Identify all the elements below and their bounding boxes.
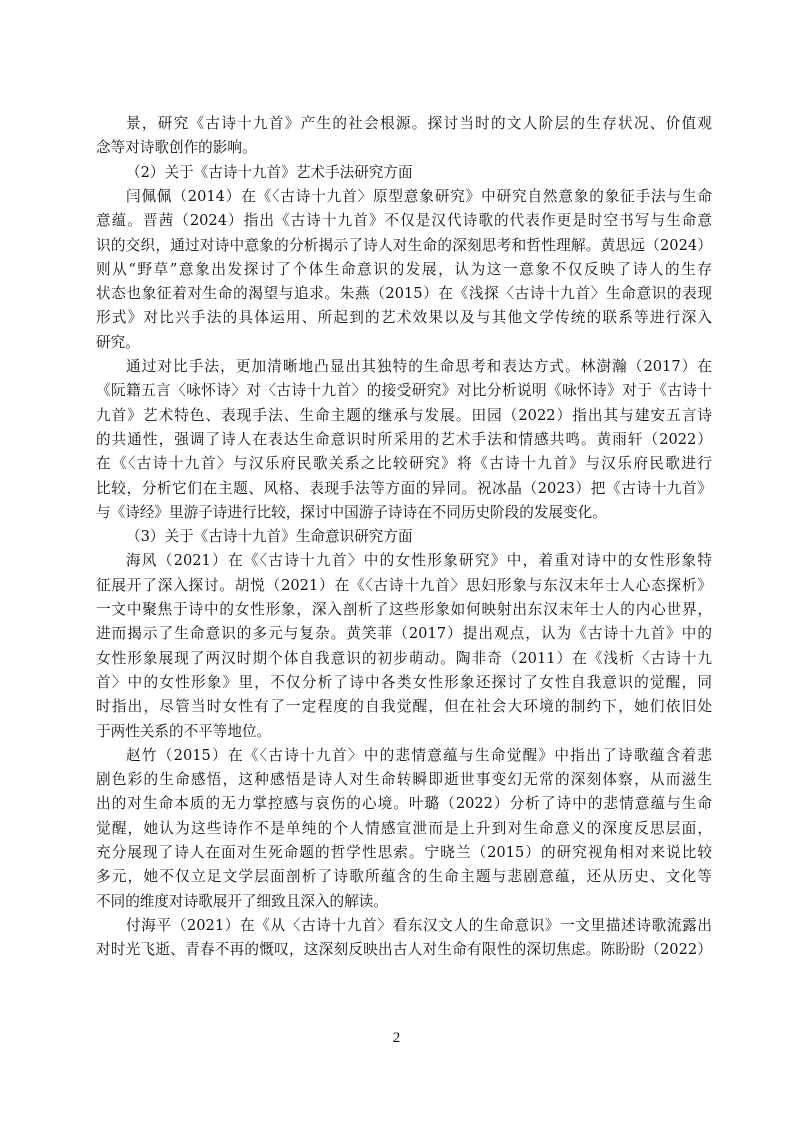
paragraph-first-line: （3）关于《古诗十九首》生命意识研究方面 [126, 525, 712, 549]
paragraph-line: 与《诗经》里游子诗进行比较，探讨中国游子诗诗在不同历史阶段的发展变化。 [96, 501, 712, 525]
paragraph-line: 于两性关系的不平等地位。 [96, 720, 712, 744]
paragraph-line: 意蕴。晋茜（2024）指出《古诗十九首》不仅是汉代诗歌的代表作更是时空书写与生命… [96, 209, 712, 233]
paragraph-line: 《阮籍五言〈咏怀诗〉对〈古诗十九首〉的接受研究》对比分析说明《咏怀诗》对于《古诗… [96, 379, 712, 403]
paragraph-line: 不同的维度对诗歌展开了细致且深入的解读。 [96, 890, 712, 914]
paragraph-first-line: 通过对比手法，更加清晰地凸显出其独特的生命思考和表达方式。林澍瀚（2017）在 [126, 355, 712, 379]
paragraph-line: 剧色彩的生命感悟，这种感悟是诗人对生命转瞬即逝世事变幻无常的深刻体察，从而滋生 [96, 768, 712, 792]
paragraph-line: 在《〈古诗十九首〉与汉乐府民歌关系之比较研究》将《古诗十九首》与汉乐府民歌进行 [96, 452, 712, 476]
paragraph-line: 一文中聚焦于诗中的女性形象，深入剖析了这些形象如何映射出东汉末年士人的内心世界， [96, 598, 712, 622]
document-page: 景，研究《古诗十九首》产生的社会根源。探讨当时的文人阶层的生存状况、价值观念等对… [0, 0, 793, 1122]
paragraph-first-line: （2）关于《古诗十九首》艺术手法研究方面 [126, 161, 712, 185]
paragraph-line: 则从“野草”意象出发探讨了个体生命意识的发展，认为这一意象不仅反映了诗人的生存 [96, 258, 712, 282]
paragraph-line: 女性形象展现了两汉时期个体自我意识的初步萌动。陶非奇（2011）在《浅析〈古诗十… [96, 647, 712, 671]
paragraph-line: 征展开了深入探讨。胡悦（2021）在《〈古诗十九首〉思妇形象与东汉末年士人心态探… [96, 574, 712, 598]
paragraph-line: 比较，分析它们在主题、风格、表现手法等方面的异同。祝冰晶（2023）把《古诗十九… [96, 477, 712, 501]
paragraph-line: 充分展现了诗人在面对生死命题的哲学性思索。宁晓兰（2015）的研究视角相对来说比… [96, 841, 712, 865]
paragraph-first-line: 闫佩佩（2014）在《〈古诗十九首〉原型意象研究》中研究自然意象的象征手法与生命 [126, 185, 712, 209]
paragraph-line: 进而揭示了生命意识的多元与复杂。黄笑菲（2017）提出观点，认为《古诗十九首》中… [96, 622, 712, 646]
paragraph-line: 识的交织，通过对诗中意象的分析揭示了诗人对生命的深刻思考和哲性理解。黄思远（20… [96, 234, 712, 258]
paragraph-first-line: 景，研究《古诗十九首》产生的社会根源。探讨当时的文人阶层的生存状况、价值观 [126, 112, 712, 136]
paragraph-line: 状态也象征着对生命的渴望与追求。朱燕（2015）在《浅探〈古诗十九首〉生命意识的… [96, 282, 712, 306]
paragraph-line: 多元，她不仅立足文学层面剖析了诗歌所蕴含的生命主题与悲剧意蕴，还从历史、文化等 [96, 865, 712, 889]
paragraph-line: 时指出，尽管当时女性有了一定程度的自我觉醒，但在社会大环境的制约下，她们依旧处 [96, 695, 712, 719]
paragraph-line: 的共通性，强调了诗人在表达生命意识时所采用的艺术手法和情感共鸣。黄雨轩（2022… [96, 428, 712, 452]
paragraph-line: 念等对诗歌创作的影响。 [96, 136, 712, 160]
paragraph-line: 出的对生命本质的无力掌控感与哀伤的心境。叶璐（2022）分析了诗中的悲情意蕴与生… [96, 792, 712, 816]
paragraph-first-line: 付海平（2021）在《从〈古诗十九首〉看东汉文人的生命意识》一文里描述诗歌流露出 [126, 914, 712, 938]
paragraph-line: 对时光飞逝、青春不再的慨叹，这深刻反映出古人对生命有限性的深切焦虑。陈盼盼（20… [96, 938, 712, 962]
paragraph-line: 形式》对比兴手法的具体运用、所起到的艺术效果以及与其他文学传统的联系等进行深入 [96, 306, 712, 330]
paragraph-line: 研究。 [96, 331, 712, 355]
paragraph-first-line: 海风（2021）在《〈古诗十九首〉中的女性形象研究》中，着重对诗中的女性形象特 [126, 549, 712, 573]
paragraph-first-line: 赵竹（2015）在《〈古诗十九首〉中的悲情意蕴与生命觉醒》中指出了诗歌蕴含着悲 [126, 744, 712, 768]
page-number: 2 [0, 1028, 793, 1048]
paragraph-line: 首〉中的女性形象》里，不仅分析了诗中各类女性形象还探讨了女性自我意识的觉醒，同 [96, 671, 712, 695]
paragraph-line: 觉醒，她认为这些诗作不是单纯的个人情感宣泄而是上升到对生命意义的深度反思层面， [96, 817, 712, 841]
paragraph-line: 九首》艺术特色、表现手法、生命主题的继承与发展。田园（2022）指出其与建安五言… [96, 404, 712, 428]
